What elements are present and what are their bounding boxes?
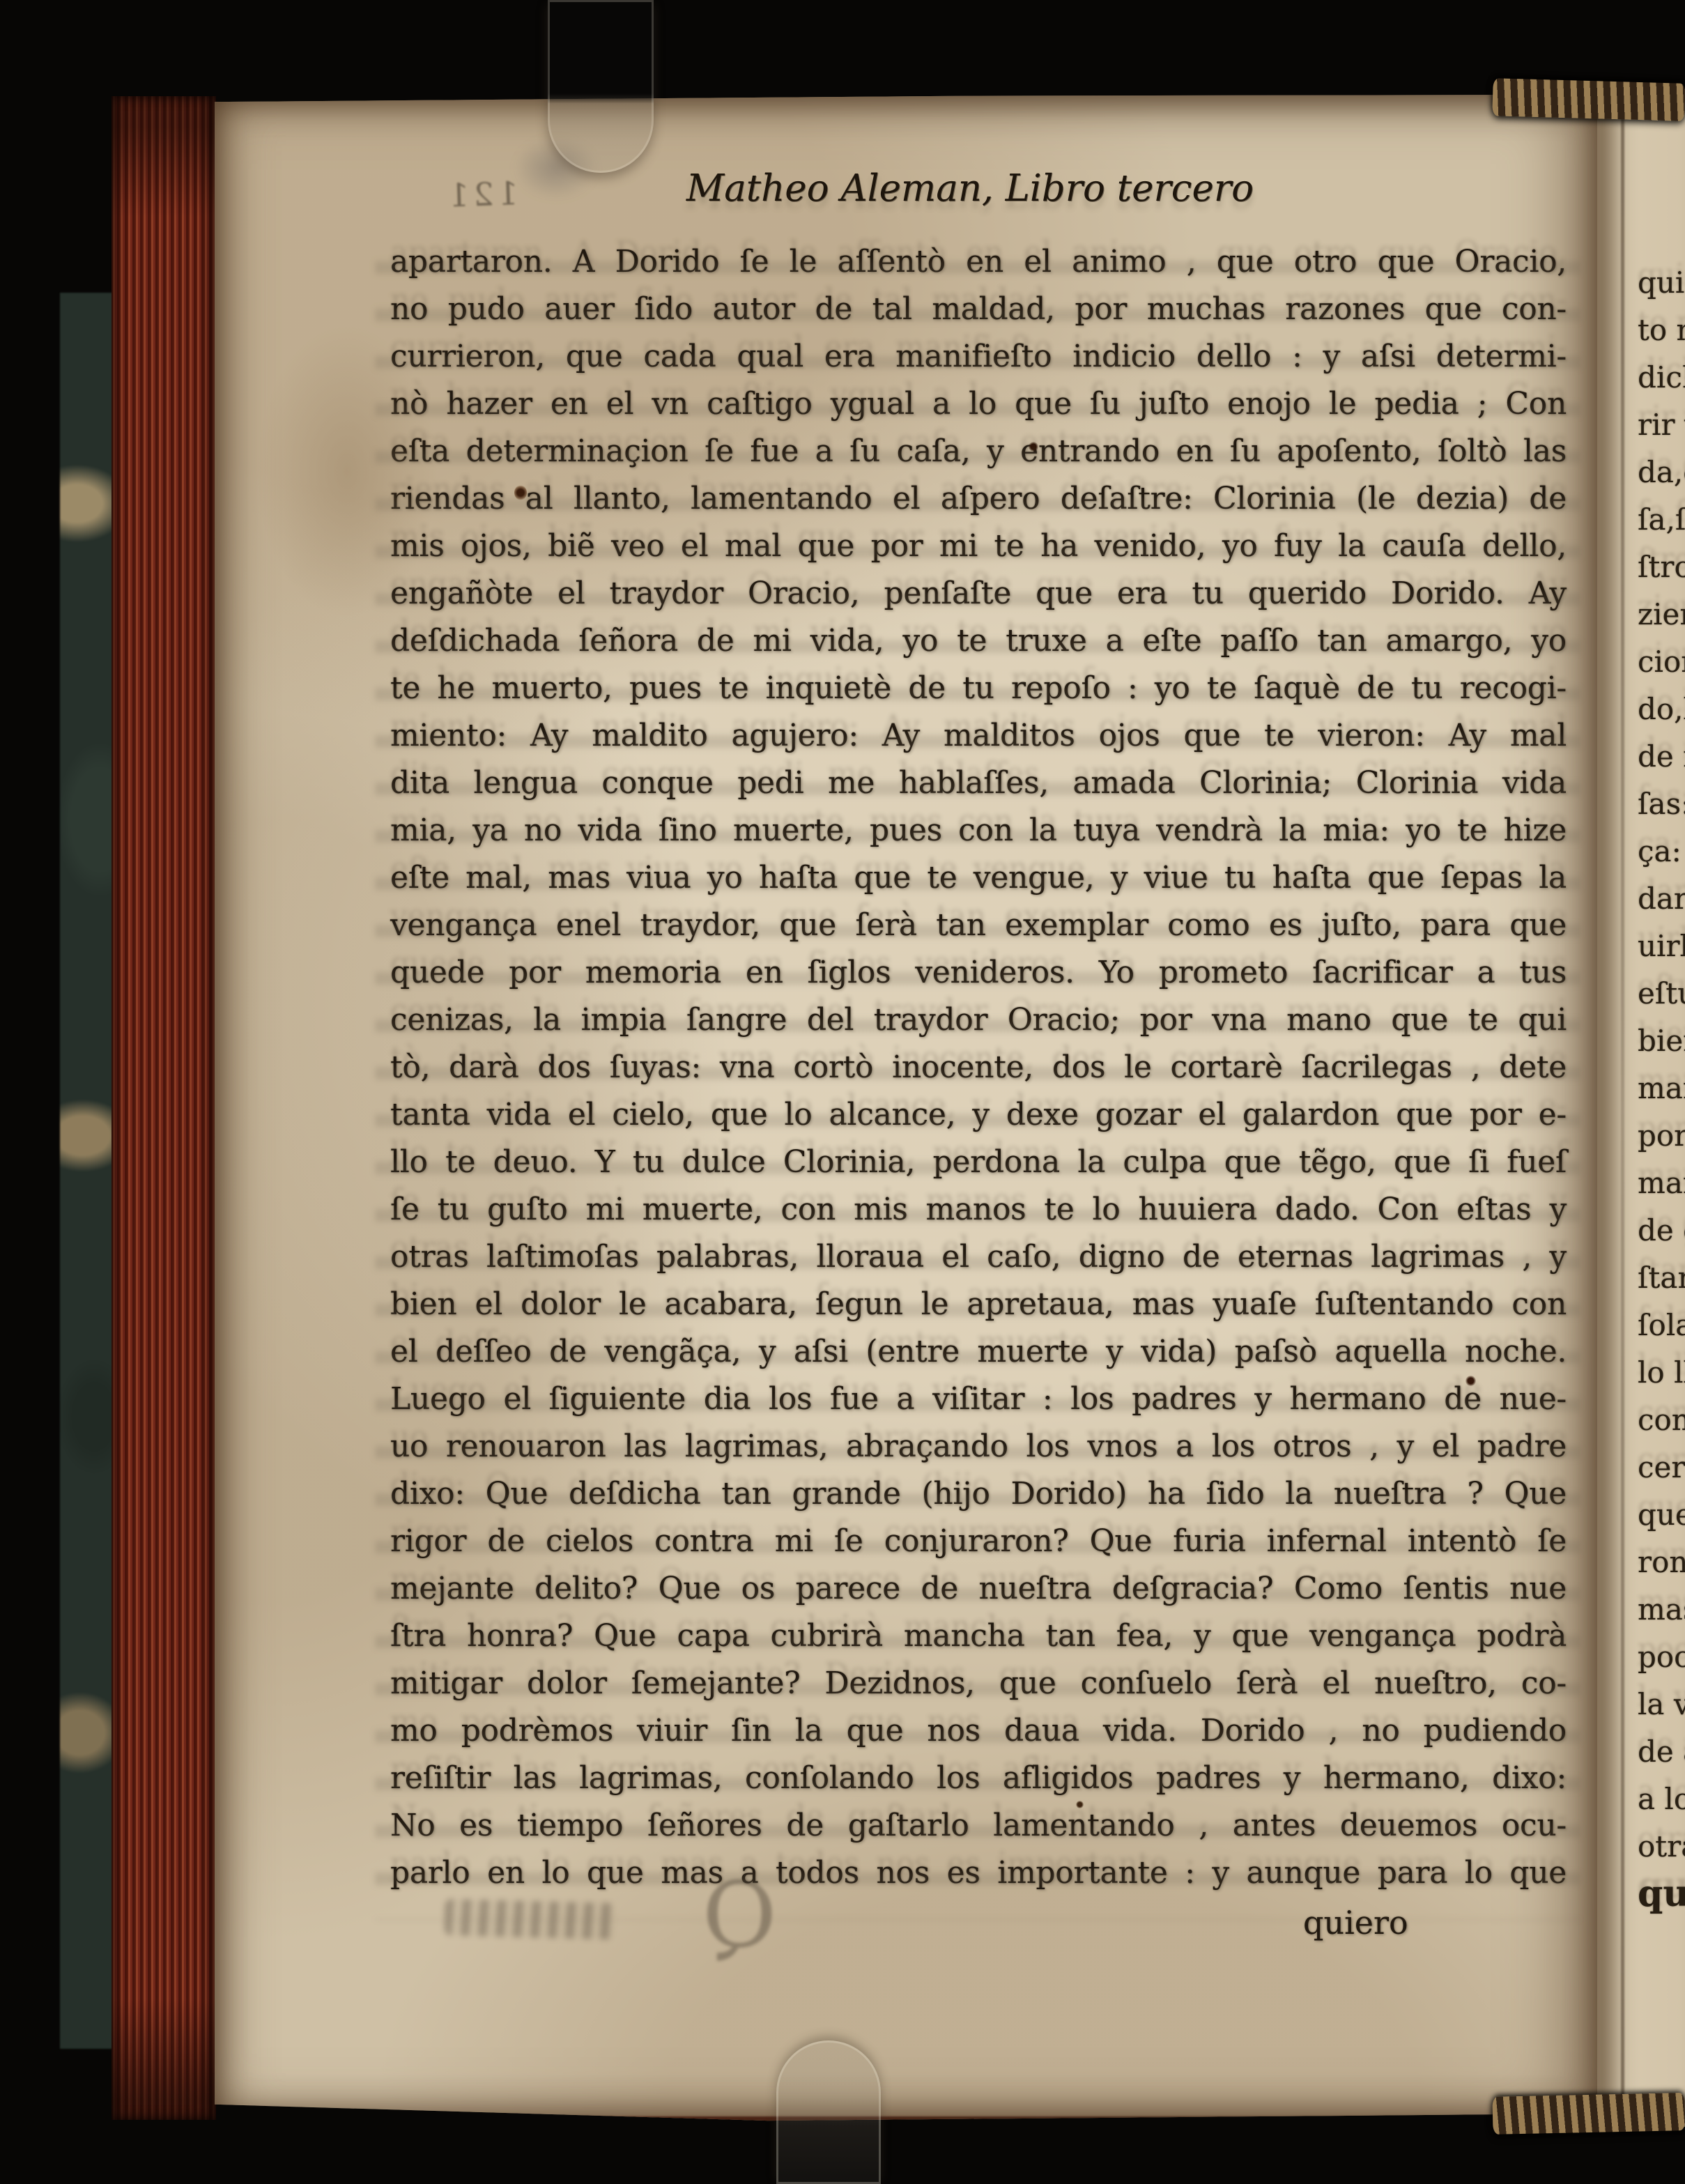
next-page-text-fragment: da,que xyxy=(1638,449,1685,496)
text-line: reſiſtir las lagrimas, conſolando los af… xyxy=(390,1756,1567,1804)
text-line: no pudo auer ſido autor de tal maldad, p… xyxy=(390,287,1567,334)
text-line: eſte mal, mas viua yo haſta que te vengu… xyxy=(390,856,1567,903)
marbled-board-edge xyxy=(60,293,117,2049)
next-page-text-fragment: con lo xyxy=(1638,1397,1685,1444)
next-page-text-fragment: ça: Si el xyxy=(1638,828,1685,875)
text-line: currieron, que cada qual era manifieſto … xyxy=(390,334,1567,382)
next-page-text-fragment: que xyxy=(1638,1870,1685,1918)
headband-bottom xyxy=(1492,2093,1685,2135)
signature-ghost-letter: Q xyxy=(702,1862,777,1968)
next-page-text-fragment: de mer xyxy=(1638,733,1685,780)
text-line: mia, ya no vida ſino muerte, pues con la… xyxy=(390,808,1567,856)
next-page-text-fragment: ſtro mu xyxy=(1638,544,1685,591)
text-line: apartaron. A Dorido ſe le aſſentò en el … xyxy=(390,240,1567,287)
next-page-text-fragment: cion ete xyxy=(1638,638,1685,686)
text-line: vengança enel traydor, que ſerà tan exem… xyxy=(390,903,1567,951)
text-line: miento: Ay maldito agujero: Ay malditos … xyxy=(390,714,1567,761)
next-page-text-fragment: do,lo q xyxy=(1638,686,1685,733)
next-page-text-fragment: certad xyxy=(1638,1444,1685,1491)
text-line: mis ojos, biẽ veo el mal que por mi te h… xyxy=(390,524,1567,571)
next-page-text-fragment: lo llam xyxy=(1638,1349,1685,1397)
next-page-text-fragment: ſa,ſi la a xyxy=(1638,496,1685,544)
text-line: eſta determinaçion ſe fue a ſu caſa, y e… xyxy=(390,429,1567,477)
text-line: otras laſtimoſas palabras, lloraua el ca… xyxy=(390,1235,1567,1282)
next-page-text-fragment: mar ſu xyxy=(1638,1160,1685,1207)
show-through-smudge xyxy=(444,1899,615,1939)
headband-top xyxy=(1492,78,1685,121)
text-line: dixo: Que deſdicha tan grande (hijo Dori… xyxy=(390,1472,1567,1519)
text-line: mitigar dolor ſemejante? Dezidnos, que c… xyxy=(390,1661,1567,1709)
text-line: uo renouaron las lagrimas, abraçando los… xyxy=(390,1424,1567,1472)
next-page-text-fragment: poco ſ xyxy=(1638,1633,1685,1681)
text-line: ſtra honra? Que capa cubrirà mancha tan … xyxy=(390,1614,1567,1661)
next-page-text-fragment: ſolada xyxy=(1638,1302,1685,1349)
next-page-text-fragment: la vida xyxy=(1638,1681,1685,1728)
text-line: deſdichada ſeñora de mi vida, yo te trux… xyxy=(390,619,1567,666)
next-page-text-fragment: eſtuuo xyxy=(1638,970,1685,1017)
next-page-text-fragment: mano,p xyxy=(1638,1065,1685,1112)
gutter-fold-shadow xyxy=(1621,89,1624,2127)
book-photo-scene: quieroto medicha ſrir vueda,queſa,ſi la … xyxy=(0,0,1685,2184)
text-line: el deſſeo de vengãça, y aſsi (entre muer… xyxy=(390,1330,1567,1377)
text-line: engañòte el traydor Oracio, penſaſte que… xyxy=(390,571,1567,619)
next-page-text-fragment: ziera la xyxy=(1638,591,1685,638)
text-line: parlo en lo que mas a todos nos es impor… xyxy=(390,1851,1567,1898)
text-line: rigor de cielos contra mi ſe conjuraron?… xyxy=(390,1519,1567,1567)
next-page-text-fragment: to me xyxy=(1638,307,1685,354)
next-page-text-fragment: rir vue xyxy=(1638,401,1685,449)
next-page-text-fragment: mas er xyxy=(1638,1586,1685,1633)
text-line: Luego el ſiguiente dia los fue a viſitar… xyxy=(390,1377,1567,1424)
folio-number-ghost: 121 xyxy=(444,174,519,215)
next-page-text-fragment: darà,no xyxy=(1638,875,1685,923)
scanner-strap-bottom xyxy=(776,2040,881,2184)
next-page-text-fragment: dicha ſ xyxy=(1638,354,1685,401)
next-page-text-fragment: de aue xyxy=(1638,1728,1685,1776)
next-page-text-fragment: ſtara,la xyxy=(1638,1254,1685,1302)
next-page-text-fragment: bien,po xyxy=(1638,1017,1685,1065)
book-page: 121 Matheo Aleman, Libro tercero apartar… xyxy=(215,95,1597,2123)
text-line: bien el dolor le acabara, ſegun le apret… xyxy=(390,1282,1567,1330)
running-header: Matheo Aleman, Libro tercero xyxy=(686,167,1254,210)
text-line: riendas al llanto, lamentando el aſpero … xyxy=(390,477,1567,524)
next-page-text-fragment: otras xyxy=(1638,1823,1685,1870)
body-text: apartaron. A Dorido ſe le aſſentò en el … xyxy=(390,240,1567,1898)
scanner-strap-top xyxy=(548,0,654,173)
facing-page-text-fragments: quieroto medicha ſrir vueda,queſa,ſi la … xyxy=(1638,259,1685,1918)
next-page-text-fragment: que co xyxy=(1638,1491,1685,1539)
next-page-text-fragment: ron tre xyxy=(1638,1539,1685,1586)
text-line: nò hazer en el vn caſtigo ygual a lo que… xyxy=(390,382,1567,429)
next-page-text-fragment: ſas:reſc xyxy=(1638,780,1685,828)
next-page-text-fragment: uirla:y ſ xyxy=(1638,923,1685,970)
text-line: tanta vida el cielo, que lo alcance, y d… xyxy=(390,1093,1567,1140)
next-page-text-fragment: de goz xyxy=(1638,1207,1685,1254)
text-line: quede por memoria en ſiglos venideros. Y… xyxy=(390,951,1567,998)
facing-page-sliver: quieroto medicha ſrir vueda,queſa,ſi la … xyxy=(1597,89,1685,2127)
text-line: llo te deuo. Y tu dulce Clorinia, perdon… xyxy=(390,1140,1567,1187)
text-line: mo podrèmos viuir ſin la que nos daua vi… xyxy=(390,1709,1567,1756)
text-line: cenizas, la impia ſangre del traydor Ora… xyxy=(390,998,1567,1045)
text-line: te he muerto, pues te inquietè de tu rep… xyxy=(390,666,1567,714)
next-page-text-fragment: quiero xyxy=(1638,259,1685,307)
catchword: quiero xyxy=(1303,1904,1408,1941)
next-page-text-fragment: a lo q xyxy=(1638,1776,1685,1823)
red-stained-fore-edge xyxy=(111,96,216,2120)
text-line: No es tiempo ſeñores de gaſtarlo lamenta… xyxy=(390,1804,1567,1851)
text-line: ſe tu guſto mi muerte, con mis manos te … xyxy=(390,1187,1567,1235)
text-line: mejante delito? Que os parece de nueſtra… xyxy=(390,1567,1567,1614)
next-page-text-fragment: porque xyxy=(1638,1112,1685,1160)
text-line: dita lengua conque pedi me hablaſſes, am… xyxy=(390,761,1567,808)
text-line: tò, darà dos ſuyas: vna cortò inocente, … xyxy=(390,1045,1567,1093)
